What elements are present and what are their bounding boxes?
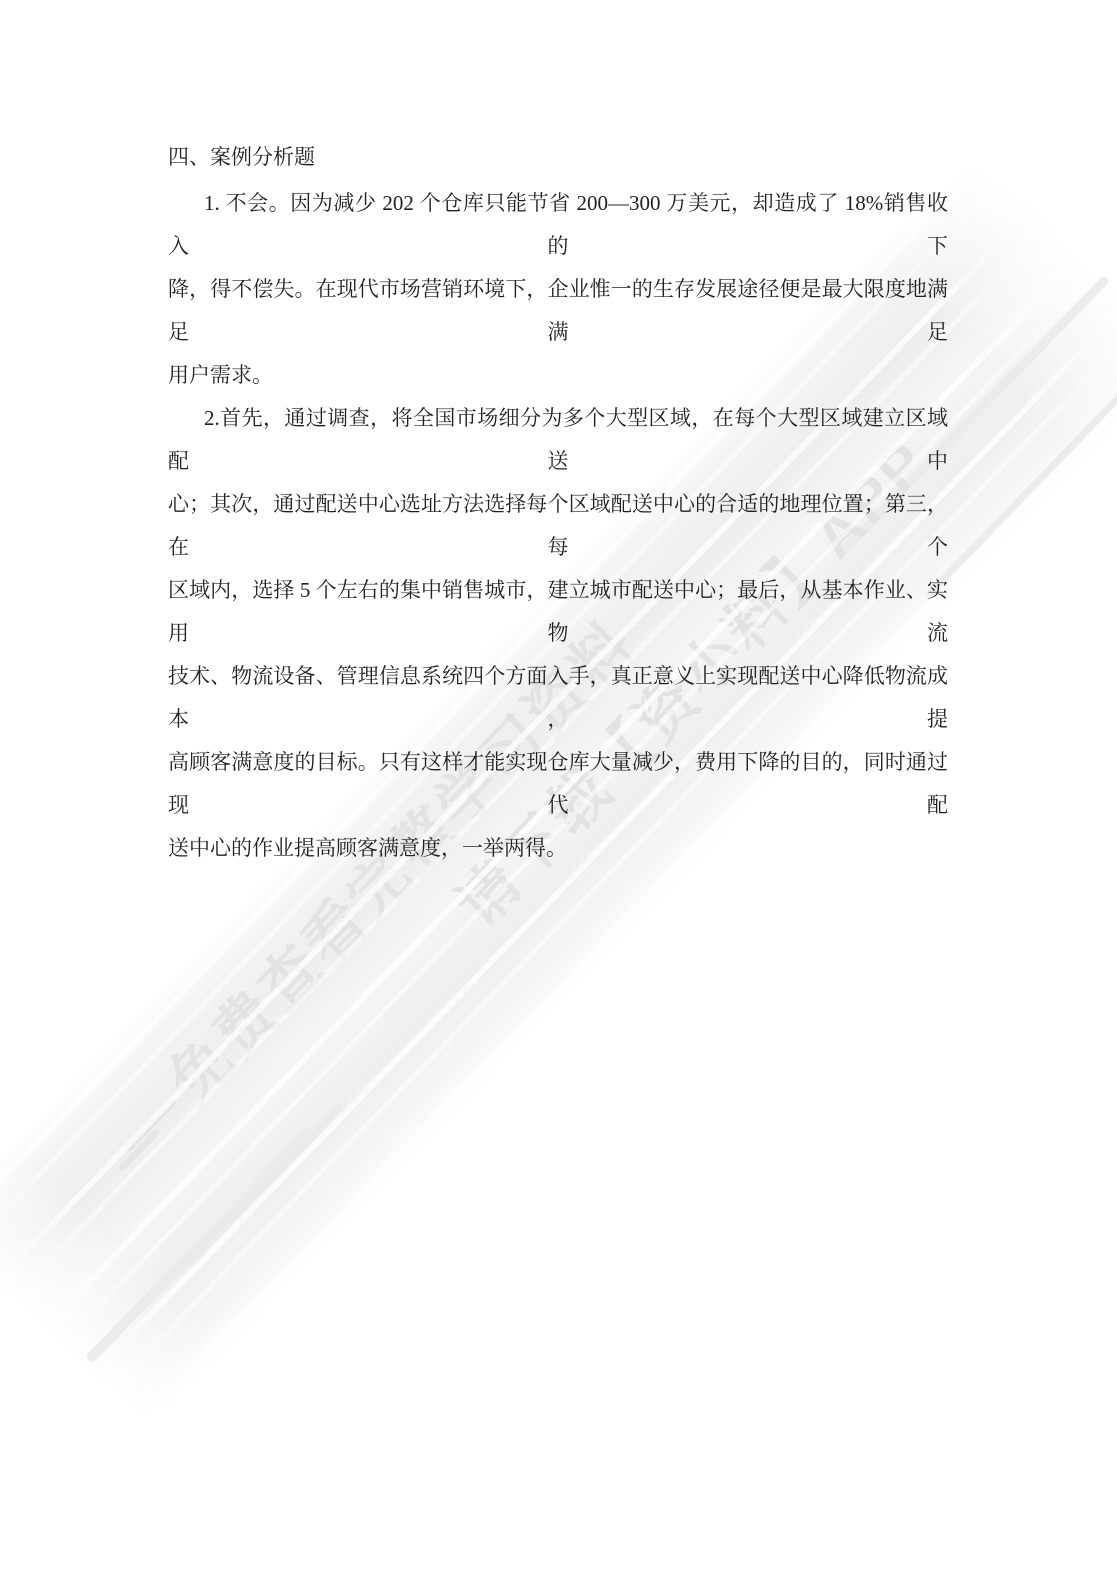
answer-paragraph-2: 2.首先，通过调查，将全国市场细分为多个大型区域，在每个大型区域建立区域配送中心…: [168, 397, 948, 870]
document-page: 免费查看完整学习资料 请下载【资小料】APP 四、案例分析题 1. 不会。因为减…: [0, 0, 1117, 1579]
text-line: 技术、物流设备、管理信息系统四个方面入手，真正意义上实现配送中心降低物流成本，提: [168, 655, 948, 741]
answer-paragraph-1: 1. 不会。因为减少 202 个仓库只能节省 200—300 万美元，却造成了 …: [168, 182, 948, 397]
brush-streak: [118, 1128, 161, 1172]
brush-streak: [186, 1103, 344, 1266]
text-line: 区域内，选择 5 个左右的集中销售城市，建立城市配送中心；最后，从基本作业、实用…: [168, 569, 948, 655]
brush-streak: [925, 391, 1117, 597]
brush-streak: [123, 1097, 177, 1153]
text-line: 1. 不会。因为减少 202 个仓库只能节省 200—300 万美元，却造成了 …: [168, 182, 948, 268]
text-line: 2.首先，通过调查，将全国市场细分为多个大型区域，在每个大型区域建立区域配送中: [168, 397, 948, 483]
section-heading: 四、案例分析题: [168, 136, 948, 179]
text-line: 高顾客满意度的目标。只有这样才能实现仓库大量减少，费用下降的目的，同时通过现代配: [168, 741, 948, 827]
text-line: 用户需求。: [168, 354, 948, 397]
text-line: 心；其次，通过配送中心选址方法选择每个区域配送中心的合适的地理位置；第三，在每个: [168, 483, 948, 569]
document-content: 四、案例分析题 1. 不会。因为减少 202 个仓库只能节省 200—300 万…: [168, 136, 948, 870]
text-line: 降，得不偿失。在现代市场营销环境下，企业惟一的生存发展途径便是最大限度地满足满足: [168, 268, 948, 354]
brush-streak: [85, 1126, 314, 1363]
text-line: 送中心的作业提高顾客满意度，一举两得。: [168, 827, 948, 870]
